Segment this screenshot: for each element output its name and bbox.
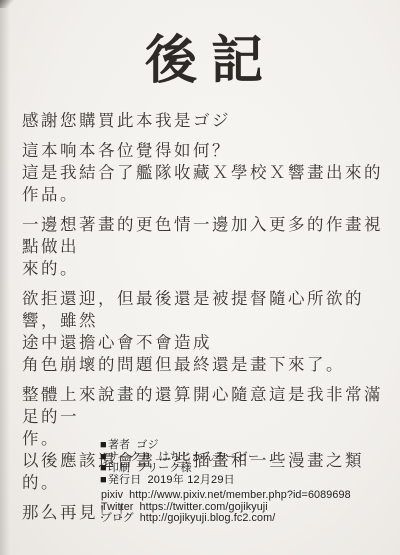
credit-label: 著者 <box>108 439 130 451</box>
credit-label: 発行日 <box>108 474 142 486</box>
credit-label: サークル <box>108 451 152 463</box>
link-row-blog: ブログhttp://gojikyuji.blog.fc2.com/ <box>101 513 351 525</box>
link-label: ブログ <box>101 512 134 524</box>
square-bullet-icon: ■ <box>100 451 107 463</box>
link-label: pixiv <box>101 489 123 501</box>
afterword-paragraph: 感謝您購買此本我是ゴジ <box>22 110 386 132</box>
links-block: pixivhttp://www.pixiv.net/member.php?id=… <box>101 490 351 525</box>
square-bullet-icon: ■ <box>100 439 107 451</box>
link-label: Twitter <box>101 501 134 513</box>
afterword-paragraph: 這本响本各位覺得如何？ 這是我結合了艦隊收藏Ｘ學校Ｘ響畫出來的作品。 <box>22 140 386 206</box>
credit-value: ゴジ <box>136 439 158 451</box>
credit-value: はちじかんろーどー <box>158 451 259 463</box>
afterword-page: 後記 感謝您購買此本我是ゴジ 這本响本各位覺得如何？ 這是我結合了艦隊收藏Ｘ學校… <box>0 0 400 555</box>
page-title: 後記 <box>131 18 277 93</box>
afterword-paragraph: 欲拒還迎，但最後還是被提督隨心所欲的響，雖然 途中還擔心會不會造成 角色崩壞的問… <box>22 288 386 376</box>
link-url: https://twitter.com/gojikyuji <box>140 501 268 513</box>
credit-value: 2019年 12月29日 <box>147 474 234 486</box>
credits-block: ■著者ゴジ ■サークルはちじかんろーどー ■印刷フリーク様 ■発行日2019年 … <box>100 440 259 486</box>
afterword-paragraph: 一邊想著畫的更色情一邊加入更多的作畫視點做出 來的。 <box>22 214 386 280</box>
page-title-wrap: 後記 <box>22 18 386 80</box>
square-bullet-icon: ■ <box>100 462 107 474</box>
credit-value: フリーク様 <box>136 462 192 474</box>
link-url: http://www.pixiv.net/member.php?id=60896… <box>129 489 351 501</box>
credit-label: 印刷 <box>108 462 130 474</box>
link-url: http://gojikyuji.blog.fc2.com/ <box>140 512 276 524</box>
square-bullet-icon: ■ <box>100 474 107 486</box>
credit-row-publish-date: ■発行日2019年 12月29日 <box>100 475 259 487</box>
